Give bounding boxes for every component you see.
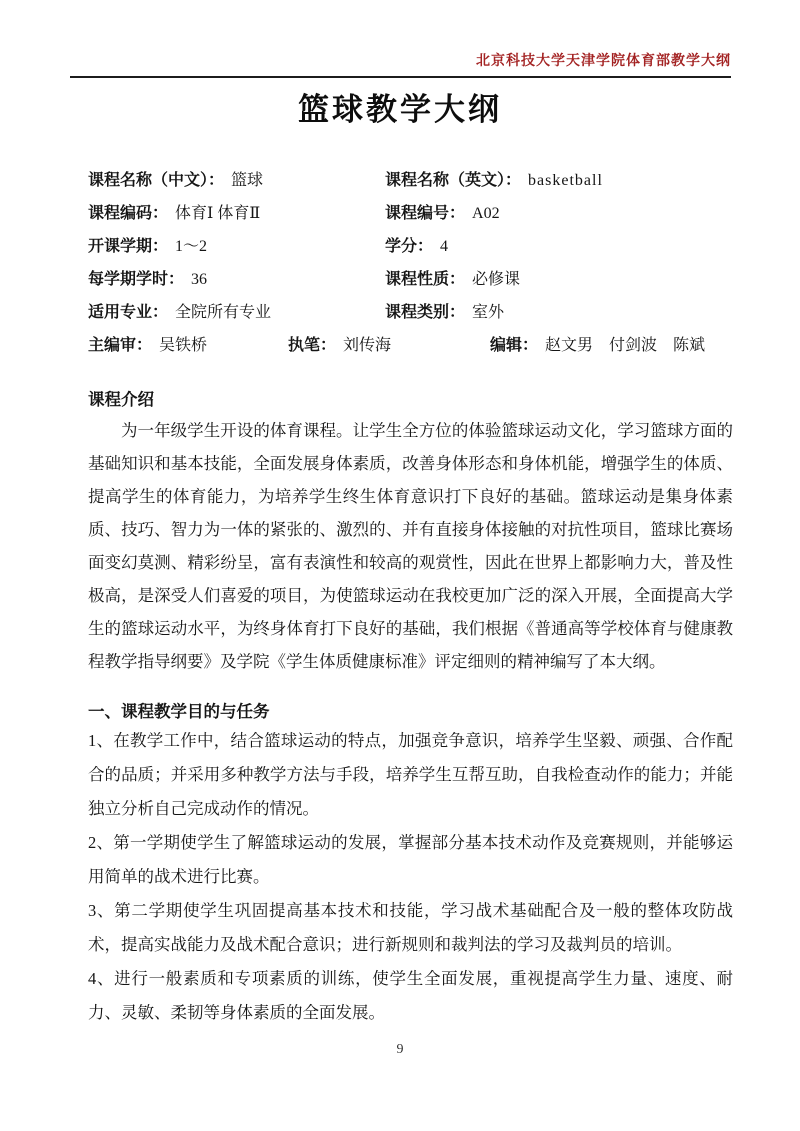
- intro-paragraph: 为一年级学生开设的体育课程。让学生全方位的体验篮球运动文化，学习篮球方面的基础知…: [88, 414, 733, 678]
- section1-item: 3、第二学期使学生巩固提高基本技术和技能，学习战术基础配合及一般的整体攻防战术，…: [88, 894, 733, 962]
- field-label: 课程名称（英文）：: [385, 172, 521, 189]
- field-label: 执笔：: [288, 337, 336, 354]
- field-label: 每学期学时：: [88, 271, 184, 288]
- field-label: 课程名称（中文）：: [88, 172, 224, 189]
- course-info: 课程名称（中文）：篮球 课程名称（英文）：basketball 课程编码：体育Ⅰ…: [88, 164, 736, 362]
- field-credits: 学分：4: [385, 230, 736, 263]
- course-info-row: 课程编码：体育Ⅰ 体育Ⅱ 课程编号：A02: [88, 197, 736, 230]
- page-header-text: 北京科技大学天津学院体育部教学大纲: [476, 50, 731, 70]
- field-label: 开课学期：: [88, 238, 168, 255]
- section1-items: 1、在教学工作中，结合篮球运动的特点，加强竞争意识，培养学生坚毅、顽强、合作配合…: [88, 724, 733, 1030]
- field-semester: 开课学期：1～2: [88, 230, 385, 263]
- field-hours: 每学期学时：36: [88, 263, 385, 296]
- field-value: 36: [191, 271, 207, 288]
- field-label: 主编审：: [88, 337, 152, 354]
- course-info-row: 适用专业：全院所有专业 课程类别：室外: [88, 296, 736, 329]
- field-value: 4: [440, 238, 448, 255]
- field-label: 课程编号：: [385, 205, 465, 222]
- document-page: 北京科技大学天津学院体育部教学大纲 篮球教学大纲 课程名称（中文）：篮球 课程名…: [0, 0, 800, 1131]
- field-value: 吴铁桥: [159, 337, 207, 354]
- field-course-category: 课程类别：室外: [385, 296, 736, 329]
- document-title: 篮球教学大纲: [0, 84, 800, 129]
- field-label: 编辑：: [490, 337, 538, 354]
- field-editors: 编辑：赵文男 付剑波 陈斌: [490, 329, 736, 362]
- field-value: basketball: [528, 172, 603, 189]
- field-value: 全院所有专业: [175, 304, 271, 321]
- course-info-row: 主编审：吴铁桥 执笔：刘传海 编辑：赵文男 付剑波 陈斌: [88, 329, 736, 362]
- field-course-name-cn: 课程名称（中文）：篮球: [88, 164, 385, 197]
- field-course-nature: 课程性质：必修课: [385, 263, 736, 296]
- field-label: 学分：: [385, 238, 433, 255]
- field-value: 赵文男 付剑波 陈斌: [545, 337, 705, 354]
- field-writer: 执笔：刘传海: [288, 329, 490, 362]
- section1-item: 1、在教学工作中，结合篮球运动的特点，加强竞争意识，培养学生坚毅、顽强、合作配合…: [88, 724, 733, 826]
- field-course-name-en: 课程名称（英文）：basketball: [385, 164, 736, 197]
- field-value: 体育Ⅰ 体育Ⅱ: [175, 205, 260, 222]
- field-value: 室外: [472, 304, 504, 321]
- field-label: 课程类别：: [385, 304, 465, 321]
- field-value: 1～2: [175, 238, 207, 255]
- field-course-number: 课程编号：A02: [385, 197, 736, 230]
- header-rule: [70, 76, 731, 78]
- section1-item: 4、进行一般素质和专项素质的训练，使学生全面发展，重视提高学生力量、速度、耐力、…: [88, 962, 733, 1030]
- field-label: 适用专业：: [88, 304, 168, 321]
- page-number: 9: [0, 1042, 800, 1058]
- field-value: 必修课: [472, 271, 520, 288]
- field-value: 篮球: [231, 172, 263, 189]
- field-chief-editor: 主编审：吴铁桥: [88, 329, 288, 362]
- intro-heading: 课程介绍: [88, 386, 154, 410]
- section1-item: 2、第一学期使学生了解篮球运动的发展，掌握部分基本技术动作及竞赛规则，并能够运用…: [88, 826, 733, 894]
- field-label: 课程编码：: [88, 205, 168, 222]
- course-info-row: 每学期学时：36 课程性质：必修课: [88, 263, 736, 296]
- section1-heading: 一、课程教学目的与任务: [88, 698, 270, 722]
- field-value: A02: [472, 205, 500, 222]
- field-value: 刘传海: [343, 337, 391, 354]
- field-course-code: 课程编码：体育Ⅰ 体育Ⅱ: [88, 197, 385, 230]
- field-applicable-majors: 适用专业：全院所有专业: [88, 296, 385, 329]
- field-label: 课程性质：: [385, 271, 465, 288]
- course-info-row: 开课学期：1～2 学分：4: [88, 230, 736, 263]
- course-info-row: 课程名称（中文）：篮球 课程名称（英文）：basketball: [88, 164, 736, 197]
